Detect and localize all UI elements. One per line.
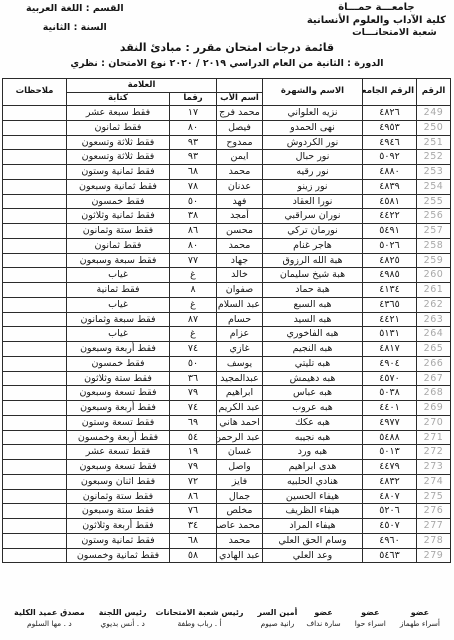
notes-cell	[3, 120, 67, 135]
student-name: نهى الحمدو	[263, 120, 363, 135]
university-number: ٤٤٠١	[363, 401, 417, 416]
grade-written: فقط سبعة وثمانون	[67, 312, 170, 327]
student-name: نور زينو	[263, 179, 363, 194]
department-header-block: القسم : اللغة العربية السنة : الثانية	[26, 3, 124, 34]
student-name: هنادي الحلبيه	[263, 474, 363, 489]
student-name: هيفاء الحسين	[263, 489, 363, 504]
student-name: هاجر غنام	[263, 238, 363, 253]
university-number: ٤٨٢٦	[363, 106, 417, 121]
father-name: عبدالمجيد	[217, 371, 263, 386]
grade-row: 258 ٥٠٢٦ هاجر غنام محمد ٨٠ فقط ثمانون	[3, 238, 451, 253]
father-name: ابراهيم	[217, 386, 263, 401]
signature-name: اسراء حوا	[355, 618, 386, 629]
grade-written: فقط ستة وثلاثون	[67, 371, 170, 386]
grade-numeric: ٣٦	[170, 371, 217, 386]
university-number: ٥٤٨٨	[363, 430, 417, 445]
grade-row: 274 ٤٨٣٢ هنادي الحلبيه فايز ٧٢ فقط اثنان…	[3, 474, 451, 489]
grades-table: الرقم الرقم الجامعي الاسم والشهرة العلام…	[2, 78, 451, 563]
grade-row: 250 ٤٩٥٣ نهى الحمدو فيصل ٨٠ فقط ثمانون	[3, 120, 451, 135]
row-number: 268	[417, 386, 451, 401]
father-name: محمد فرج	[217, 106, 263, 121]
grade-written: فقط اثنان وسبعون	[67, 474, 170, 489]
student-name: هبه النجيم	[263, 342, 363, 357]
father-name: محسن	[217, 224, 263, 239]
notes-cell	[3, 415, 67, 430]
row-number: 256	[417, 209, 451, 224]
father-name: عبد الرحمن	[217, 430, 263, 445]
university-number: ٤٩٧٧	[363, 415, 417, 430]
grade-numeric: ٧٦	[170, 504, 217, 519]
student-name: نور حبال	[263, 150, 363, 165]
grade-row: 275 ٤٨٠٧ هيفاء الحسين جمال ٨٦ فقط ستة وث…	[3, 489, 451, 504]
col-header-grade-numeric: رقماً	[170, 92, 217, 106]
university-number: ٤١٣٤	[363, 283, 417, 298]
notes-cell	[3, 327, 67, 342]
grade-row: 272 ٥٠١٣ هبه ورد غسان ١٩ فقط تسعة عشر	[3, 445, 451, 460]
student-name: هبه عباس	[263, 386, 363, 401]
exams-division: شعبة الامتحانـــات	[343, 27, 446, 40]
grade-written: فقط سبعة وسبعون	[67, 253, 170, 268]
university-number: ٥٠٣٨	[363, 386, 417, 401]
row-number: 270	[417, 415, 451, 430]
row-number: 265	[417, 342, 451, 357]
grade-numeric: ٧٤	[170, 401, 217, 416]
signature-name: د . مها السلوم	[14, 618, 85, 629]
signature-role: أمين السر	[258, 607, 298, 618]
grade-written: فقط تسعة وسبعون	[67, 460, 170, 475]
university-header-block: جامعـــة حمـــاة كلية الآداب والعلوم الأ…	[307, 2, 446, 40]
father-name: فايز	[217, 474, 263, 489]
grade-written: فقط تسعة عشر	[67, 445, 170, 460]
row-number: 279	[417, 548, 451, 563]
grade-written: فقط ثمانون	[67, 120, 170, 135]
father-name: عبد السلام	[217, 297, 263, 312]
row-number: 263	[417, 312, 451, 327]
grade-row: 249 ٤٨٢٦ نزيه العلواني محمد فرج ١٧ فقط س…	[3, 106, 451, 121]
grade-written: فقط أربعة وخمسون	[67, 430, 170, 445]
grade-written: فقط ستة وثمانون	[67, 489, 170, 504]
notes-cell	[3, 430, 67, 445]
student-name: هبه السبع	[263, 297, 363, 312]
row-number: 259	[417, 253, 451, 268]
signature-name: د . أنس بديوي	[99, 618, 147, 629]
department-line: القسم : اللغة العربية	[26, 3, 124, 15]
grade-numeric: ٥٤	[170, 430, 217, 445]
grade-row: 269 ٤٤٠١ هبه عروب عبد الكريم ٧٤ فقط أربع…	[3, 401, 451, 416]
grade-written: فقط ثمانية وستون	[67, 165, 170, 180]
notes-cell	[3, 386, 67, 401]
page-title: قائمة درجات امتحان مقرر : مبادئ النقد	[0, 41, 454, 54]
row-number: 278	[417, 533, 451, 548]
row-number: 264	[417, 327, 451, 342]
row-number: 266	[417, 356, 451, 371]
university-number: ٥٠١٣	[363, 445, 417, 460]
grade-written: فقط ستة وسبعون	[67, 504, 170, 519]
row-number: 267	[417, 371, 451, 386]
university-number: ٥٤٩١	[363, 224, 417, 239]
notes-cell	[3, 533, 67, 548]
university-number: ٤٣٦٥	[363, 297, 417, 312]
grade-numeric: ٧٧	[170, 253, 217, 268]
student-name: هبه دهيمش	[263, 371, 363, 386]
page-subtitle: الدورة : الثانية من العام الدراسي ٢٠١٩ /…	[0, 58, 454, 69]
father-name: مخلص	[217, 504, 263, 519]
notes-cell	[3, 548, 67, 563]
grade-written: فقط أربعة وثلاثون	[67, 519, 170, 534]
row-number: 254	[417, 179, 451, 194]
notes-cell	[3, 283, 67, 298]
father-name: محمد	[217, 533, 263, 548]
notes-cell	[3, 194, 67, 209]
grade-row: 266 ٤٩٠٤ هبه تليتي يوسف ٥٠ فقط خمسون	[3, 356, 451, 371]
grade-written: غياب	[67, 327, 170, 342]
student-name: وعد العلي	[263, 548, 363, 563]
col-header-grade-written: كتابة	[67, 92, 170, 106]
signature-member-3: عضو سارة نداف	[306, 607, 340, 629]
row-number: 250	[417, 120, 451, 135]
grade-row: 256 ٤٤٢٢ نوران سراقبي أمجد ٣٨ فقط ثمانية…	[3, 209, 451, 224]
university-name: جامعـــة حمـــاة	[307, 2, 446, 15]
university-number: ٤٩٥٣	[363, 120, 417, 135]
notes-cell	[3, 238, 67, 253]
grade-numeric: غ	[170, 327, 217, 342]
father-name: أمجد	[217, 209, 263, 224]
row-number: 251	[417, 135, 451, 150]
row-number: 261	[417, 283, 451, 298]
notes-cell	[3, 268, 67, 283]
university-number: ٤٩٤٦	[363, 135, 417, 150]
row-number: 272	[417, 445, 451, 460]
notes-cell	[3, 106, 67, 121]
university-number: ٤٩٨٥	[363, 268, 417, 283]
grade-row: 265 ٤٨١٧ هبه النجيم غازي ٧٤ فقط أربعة وس…	[3, 342, 451, 357]
grade-numeric: ٧٩	[170, 386, 217, 401]
student-name: هبه عكك	[263, 415, 363, 430]
signature-role: مصدق عميد الكلية	[14, 607, 85, 618]
grade-row: 278 ٤٩٦٠ وسام الحق العلي محمد ٦٨ فقط ثما…	[3, 533, 451, 548]
grade-written: فقط ثمانون	[67, 238, 170, 253]
signature-role: عضو	[400, 607, 440, 618]
grade-row: 259 ٤٨٢٥ هبة الله الرزوق جهاد ٧٧ فقط سبع…	[3, 253, 451, 268]
grade-row: 273 ٤٤٧٩ هدى ابراهيم واصل ٧٩ فقط تسعة وس…	[3, 460, 451, 475]
signature-member-1: عضو أسراء طهماز	[400, 607, 440, 629]
notes-cell	[3, 312, 67, 327]
father-name: فيصل	[217, 120, 263, 135]
members-signature-group: عضو أسراء طهماز عضو اسراء حوا عضو سارة ن…	[306, 607, 440, 629]
student-name: نور رقيه	[263, 165, 363, 180]
university-number: ٤٩٦٠	[363, 533, 417, 548]
row-number: 269	[417, 401, 451, 416]
notes-cell	[3, 209, 67, 224]
grade-written: فقط أربعة وسبعون	[67, 342, 170, 357]
father-name: محمد	[217, 238, 263, 253]
father-name: عبد الهادي	[217, 548, 263, 563]
grade-row: 254 ٤٨٣٩ نور زينو عدنان ٧٨ فقط ثمانية وس…	[3, 179, 451, 194]
signature-role: رئيس اللجنة	[99, 607, 147, 618]
grade-numeric: ٩٣	[170, 135, 217, 150]
signature-dean-certification: مصدق عميد الكلية د . مها السلوم	[14, 607, 85, 629]
notes-cell	[3, 150, 67, 165]
grade-numeric: ٨٧	[170, 312, 217, 327]
university-number: ٤٨٠٧	[363, 489, 417, 504]
university-number: ٤٤٢٢	[363, 209, 417, 224]
student-name: هبه ورد	[263, 445, 363, 460]
row-number: 249	[417, 106, 451, 121]
row-number: 277	[417, 519, 451, 534]
university-number: ٤٨٣٩	[363, 179, 417, 194]
notes-cell	[3, 519, 67, 534]
grade-row: 276 ٥٢٠٦ هيفاء الظريف مخلص ٧٦ فقط ستة وس…	[3, 504, 451, 519]
student-name: هبة الله الرزوق	[263, 253, 363, 268]
grade-row: 271 ٥٤٨٨ هبه نجيبه عبد الرحمن ٥٤ فقط أرب…	[3, 430, 451, 445]
notes-cell	[3, 371, 67, 386]
row-number: 262	[417, 297, 451, 312]
student-name: هبه نجيبه	[263, 430, 363, 445]
grade-row: 251 ٤٩٤٦ نور الكردوش ممدوح ٩٣ فقط ثلاثة …	[3, 135, 451, 150]
university-number: ٤٥٧٠	[363, 371, 417, 386]
father-name: غسان	[217, 445, 263, 460]
grade-written: فقط أربعة وسبعون	[67, 401, 170, 416]
grade-written: فقط ستة وثمانون	[67, 224, 170, 239]
row-number: 271	[417, 430, 451, 445]
signature-member-2: عضو اسراء حوا	[355, 607, 386, 629]
row-number: 252	[417, 150, 451, 165]
student-name: هبه عروب	[263, 401, 363, 416]
university-number: ٤٥٠٧	[363, 519, 417, 534]
student-name: هدى ابراهيم	[263, 460, 363, 475]
grade-numeric: ٥٠	[170, 194, 217, 209]
grade-written: فقط ثمانية وخمسون	[67, 548, 170, 563]
grade-row: 267 ٤٥٧٠ هبه دهيمش عبدالمجيد ٣٦ فقط ستة …	[3, 371, 451, 386]
grade-row: 279 ٥٤٦٣ وعد العلي عبد الهادي ٥٨ فقط ثما…	[3, 548, 451, 563]
father-name: محمد	[217, 165, 263, 180]
grade-written: فقط تسعة وستون	[67, 415, 170, 430]
col-header-name: الاسم والشهرة	[263, 79, 363, 106]
grade-row: 277 ٤٥٠٧ هيفاء المراد محمد عاصم ٣٤ فقط أ…	[3, 519, 451, 534]
grade-numeric: ٩٣	[170, 150, 217, 165]
grade-row: 270 ٤٩٧٧ هبه عكك احمد هاني ٦٩ فقط تسعة و…	[3, 415, 451, 430]
university-number: ٤٤٢١	[363, 312, 417, 327]
row-number: 255	[417, 194, 451, 209]
grade-row: 263 ٤٤٢١ هبه السيد حسام ٨٧ فقط سبعة وثما…	[3, 312, 451, 327]
signature-name: أسراء طهماز	[400, 618, 440, 629]
student-name: هبه السيد	[263, 312, 363, 327]
notes-cell	[3, 460, 67, 475]
grade-written: فقط سبعة عشر	[67, 106, 170, 121]
grade-written: فقط ثمانية	[67, 283, 170, 298]
father-name: جمال	[217, 489, 263, 504]
father-name: ايمن	[217, 150, 263, 165]
grade-numeric: ٨٠	[170, 120, 217, 135]
grade-written: فقط ثلاثة وتسعون	[67, 135, 170, 150]
col-header-father-name: اسم الأب	[217, 92, 263, 106]
university-number: ٥٠٢٦	[363, 238, 417, 253]
university-number: ٥٤٦٣	[363, 548, 417, 563]
notes-cell	[3, 489, 67, 504]
father-name: جهاد	[217, 253, 263, 268]
father-name: يوسف	[217, 356, 263, 371]
student-name: هبة حماد	[263, 283, 363, 298]
father-name: محمد عاصم	[217, 519, 263, 534]
grade-numeric: ٧٨	[170, 179, 217, 194]
grade-numeric: ٨٦	[170, 489, 217, 504]
notes-cell	[3, 179, 67, 194]
row-number: 274	[417, 474, 451, 489]
grade-numeric: غ	[170, 297, 217, 312]
student-name: هيفاء المراد	[263, 519, 363, 534]
grade-written: غياب	[67, 297, 170, 312]
notes-cell	[3, 297, 67, 312]
signature-name: رانية صيوم	[258, 618, 298, 629]
signature-exams-head: رئيس شعبة الامتحانات أ . رباب وطفة	[156, 607, 244, 629]
university-number: ٤٨٢٥	[363, 253, 417, 268]
grade-written: فقط خمسون	[67, 356, 170, 371]
signature-secretary: أمين السر رانية صيوم	[258, 607, 298, 629]
col-header-grade-group: العلامة	[67, 79, 217, 93]
faculty-name: كلية الآداب والعلوم الأنسانية	[307, 15, 446, 28]
university-number: ٤٤٧٩	[363, 460, 417, 475]
university-number: ٥٢٠٦	[363, 504, 417, 519]
student-name: هيفاء الظريف	[263, 504, 363, 519]
document-header: جامعـــة حمـــاة كلية الآداب والعلوم الأ…	[0, 0, 454, 78]
year-line: السنة : الثانية	[26, 22, 124, 34]
father-name: احمد هاني	[217, 415, 263, 430]
row-number: 258	[417, 238, 451, 253]
grade-numeric: ٣٤	[170, 519, 217, 534]
grade-written: فقط ثمانية وثلاثون	[67, 209, 170, 224]
father-name: صفوان	[217, 283, 263, 298]
signature-committee-chair: رئيس اللجنة د . أنس بديوي	[99, 607, 147, 629]
grade-numeric: ٨	[170, 283, 217, 298]
signature-role: عضو	[355, 607, 386, 618]
student-name: وسام الحق العلي	[263, 533, 363, 548]
grade-written: فقط ثمانية وستون	[67, 533, 170, 548]
signature-name: سارة نداف	[306, 618, 340, 629]
grade-row: 262 ٤٣٦٥ هبه السبع عبد السلام غ غياب	[3, 297, 451, 312]
grades-table-head: الرقم الرقم الجامعي الاسم والشهرة العلام…	[3, 79, 451, 106]
grade-numeric: ٣٨	[170, 209, 217, 224]
signature-name: أ . رباب وطفة	[156, 618, 244, 629]
father-name: عبد الكريم	[217, 401, 263, 416]
grade-numeric: ٦٨	[170, 533, 217, 548]
row-number: 276	[417, 504, 451, 519]
row-number: 275	[417, 489, 451, 504]
university-number: ٤٥٨١	[363, 194, 417, 209]
university-number: ٤٩٠٤	[363, 356, 417, 371]
col-header-number: الرقم	[417, 79, 451, 106]
secretary-signature-group: أمين السر رانية صيوم رئيس شعبة الامتحانا…	[156, 607, 298, 629]
col-header-notes: ملاحظات	[3, 79, 67, 106]
grades-table-body: 249 ٤٨٢٦ نزيه العلواني محمد فرج ١٧ فقط س…	[3, 106, 451, 563]
notes-cell	[3, 401, 67, 416]
grade-numeric: غ	[170, 268, 217, 283]
grade-row: 261 ٤١٣٤ هبة حماد صفوان ٨ فقط ثمانية	[3, 283, 451, 298]
grade-numeric: ٥٨	[170, 548, 217, 563]
row-number: 253	[417, 165, 451, 180]
signature-role: عضو	[306, 607, 340, 618]
student-name: نزيه العلواني	[263, 106, 363, 121]
grade-row: 268 ٥٠٣٨ هبه عباس ابراهيم ٧٩ فقط تسعة وس…	[3, 386, 451, 401]
exam-grades-document: جامعـــة حمـــاة كلية الآداب والعلوم الأ…	[0, 0, 454, 640]
grade-written: فقط ثلاثة وتسعون	[67, 150, 170, 165]
university-number: ٥١٣١	[363, 327, 417, 342]
signature-role: رئيس شعبة الامتحانات	[156, 607, 244, 618]
grade-row: 253 ٤٨٨٠ نور رقيه محمد ٦٨ فقط ثمانية وست…	[3, 165, 451, 180]
grade-row: 257 ٥٤٩١ نورمان تركي محسن ٨٦ فقط ستة وثم…	[3, 224, 451, 239]
grade-written: فقط خمسون	[67, 194, 170, 209]
grade-numeric: ٨٦	[170, 224, 217, 239]
chair-signature-group: رئيس اللجنة د . أنس بديوي مصدق عميد الكل…	[14, 607, 147, 629]
notes-cell	[3, 165, 67, 180]
university-number: ٤٨٣٢	[363, 474, 417, 489]
notes-cell	[3, 445, 67, 460]
col-header-university-id: الرقم الجامعي	[363, 79, 417, 106]
grade-numeric: ٧٢	[170, 474, 217, 489]
notes-cell	[3, 253, 67, 268]
university-number: ٤٨١٧	[363, 342, 417, 357]
father-name: ممدوح	[217, 135, 263, 150]
notes-cell	[3, 135, 67, 150]
signatures-footer: عضو أسراء طهماز عضو اسراء حوا عضو سارة ن…	[0, 607, 454, 629]
father-name: فهد	[217, 194, 263, 209]
student-name: نورمان تركي	[263, 224, 363, 239]
grade-written: فقط تسعة وسبعون	[67, 386, 170, 401]
student-name: هبة شيخ سليمان	[263, 268, 363, 283]
father-name: واصل	[217, 460, 263, 475]
notes-cell	[3, 474, 67, 489]
grade-row: 255 ٤٥٨١ نورا العقاد فهد ٥٠ فقط خمسون	[3, 194, 451, 209]
grade-numeric: ٥٠	[170, 356, 217, 371]
grade-numeric: ١٩	[170, 445, 217, 460]
university-number: ٤٨٨٠	[363, 165, 417, 180]
grade-numeric: ٨٠	[170, 238, 217, 253]
grade-written: غياب	[67, 268, 170, 283]
father-name: حسام	[217, 312, 263, 327]
grade-numeric: ٧٤	[170, 342, 217, 357]
student-name: نوران سراقبي	[263, 209, 363, 224]
student-name: نورا العقاد	[263, 194, 363, 209]
col-header-empty	[217, 79, 263, 93]
university-number: ٥٠٩٢	[363, 150, 417, 165]
row-number: 260	[417, 268, 451, 283]
father-name: خالد	[217, 268, 263, 283]
notes-cell	[3, 356, 67, 371]
notes-cell	[3, 342, 67, 357]
father-name: عدنان	[217, 179, 263, 194]
row-number: 257	[417, 224, 451, 239]
grade-row: 260 ٤٩٨٥ هبة شيخ سليمان خالد غ غياب	[3, 268, 451, 283]
row-number: 273	[417, 460, 451, 475]
notes-cell	[3, 224, 67, 239]
grade-numeric: ١٧	[170, 106, 217, 121]
student-name: نور الكردوش	[263, 135, 363, 150]
father-name: غازي	[217, 342, 263, 357]
father-name: عزام	[217, 327, 263, 342]
grade-written: فقط ثمانية وسبعون	[67, 179, 170, 194]
grade-row: 264 ٥١٣١ هبه الفاخوري عزام غ غياب	[3, 327, 451, 342]
grade-numeric: ٧٩	[170, 460, 217, 475]
grade-numeric: ٦٨	[170, 165, 217, 180]
grade-row: 252 ٥٠٩٢ نور حبال ايمن ٩٣ فقط ثلاثة وتسع…	[3, 150, 451, 165]
student-name: هبه تليتي	[263, 356, 363, 371]
student-name: هبه الفاخوري	[263, 327, 363, 342]
grade-numeric: ٦٩	[170, 415, 217, 430]
notes-cell	[3, 504, 67, 519]
